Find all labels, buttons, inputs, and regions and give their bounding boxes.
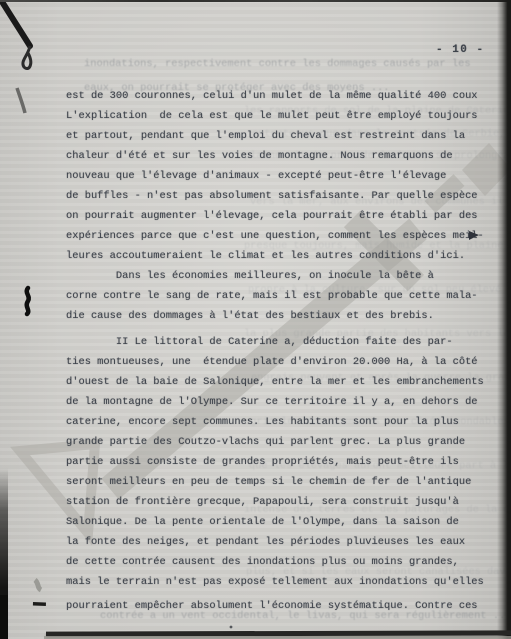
typed-line: chaleur d'été et sur les voies de montag… bbox=[66, 146, 490, 166]
scan-edge-right bbox=[497, 0, 511, 639]
typed-line: caterine, encore sept communes. Les habi… bbox=[66, 412, 490, 432]
typed-line: II Le littoral de Caterine a, déduction … bbox=[66, 332, 490, 352]
typed-line: station de frontière grecque, Papapouli,… bbox=[66, 492, 490, 512]
pen-checkmark-icon bbox=[1, 0, 31, 113]
typed-line: et partout, pendant que l'emploi du chev… bbox=[66, 126, 490, 146]
typed-line: corne contre le sang de rate, mais il es… bbox=[66, 286, 490, 306]
typed-line: Salonique. De la pente orientale de l'Ol… bbox=[66, 512, 490, 532]
scan-edge-top bbox=[0, 0, 511, 2]
typed-line: nouveau que l'élevage d'animaux - except… bbox=[66, 166, 490, 186]
typed-line: est de 300 couronnes, celui d'un mulet d… bbox=[66, 86, 490, 106]
typed-line: grande partie des Coutzo-vlachs qui parl… bbox=[66, 432, 490, 452]
typed-line: d'ouest de la baie de Salonique, entre l… bbox=[66, 372, 490, 392]
typed-line: de cette contrée causent des inondations… bbox=[66, 552, 490, 572]
typed-line: expériences parce que c'est une question… bbox=[66, 226, 490, 246]
typed-line: L'explication de cela est que le mulet p… bbox=[66, 106, 490, 126]
typed-line: la fonte des neiges, et pendant les péri… bbox=[66, 532, 490, 552]
typed-line: seront meilleurs en peu de temps si le c… bbox=[66, 472, 490, 492]
typed-line: on pourrait augmenter l'élevage, cela po… bbox=[66, 206, 490, 226]
typed-line: die cause des dommages à l'état des best… bbox=[66, 306, 490, 326]
typed-line: ties montueuses, une étendue plate d'env… bbox=[66, 352, 490, 372]
typed-line: Dans les économies meilleures, on inocul… bbox=[66, 266, 490, 286]
typed-line: mais le terrain n'est pas exposé telleme… bbox=[66, 572, 490, 592]
typed-line: de la montagne de l'Olympe. Sur ce terri… bbox=[66, 392, 490, 412]
scanned-document-page: inondations, respectivement contre les d… bbox=[0, 0, 511, 639]
bottom-gray-mark-icon bbox=[35, 580, 41, 590]
typed-line: partie aussi consiste de grandes proprié… bbox=[66, 452, 490, 472]
bottom-dot-icon bbox=[230, 626, 233, 629]
margin-ink-squiggle-icon bbox=[27, 288, 29, 314]
typed-text-block: est de 300 couronnes, celui d'un mulet d… bbox=[66, 86, 490, 616]
typed-line: leures accoutumeraient le climat et les … bbox=[66, 246, 490, 266]
scan-corner-bottom-left bbox=[0, 595, 8, 639]
page-number: - 10 - bbox=[436, 44, 485, 56]
bleedthrough-text-bottom: contrée a un vent occidental, le livas, … bbox=[100, 610, 511, 622]
typed-line: de buffles - n'est pas absolument satisf… bbox=[66, 186, 490, 206]
bottom-ink-dash-icon bbox=[33, 602, 46, 606]
